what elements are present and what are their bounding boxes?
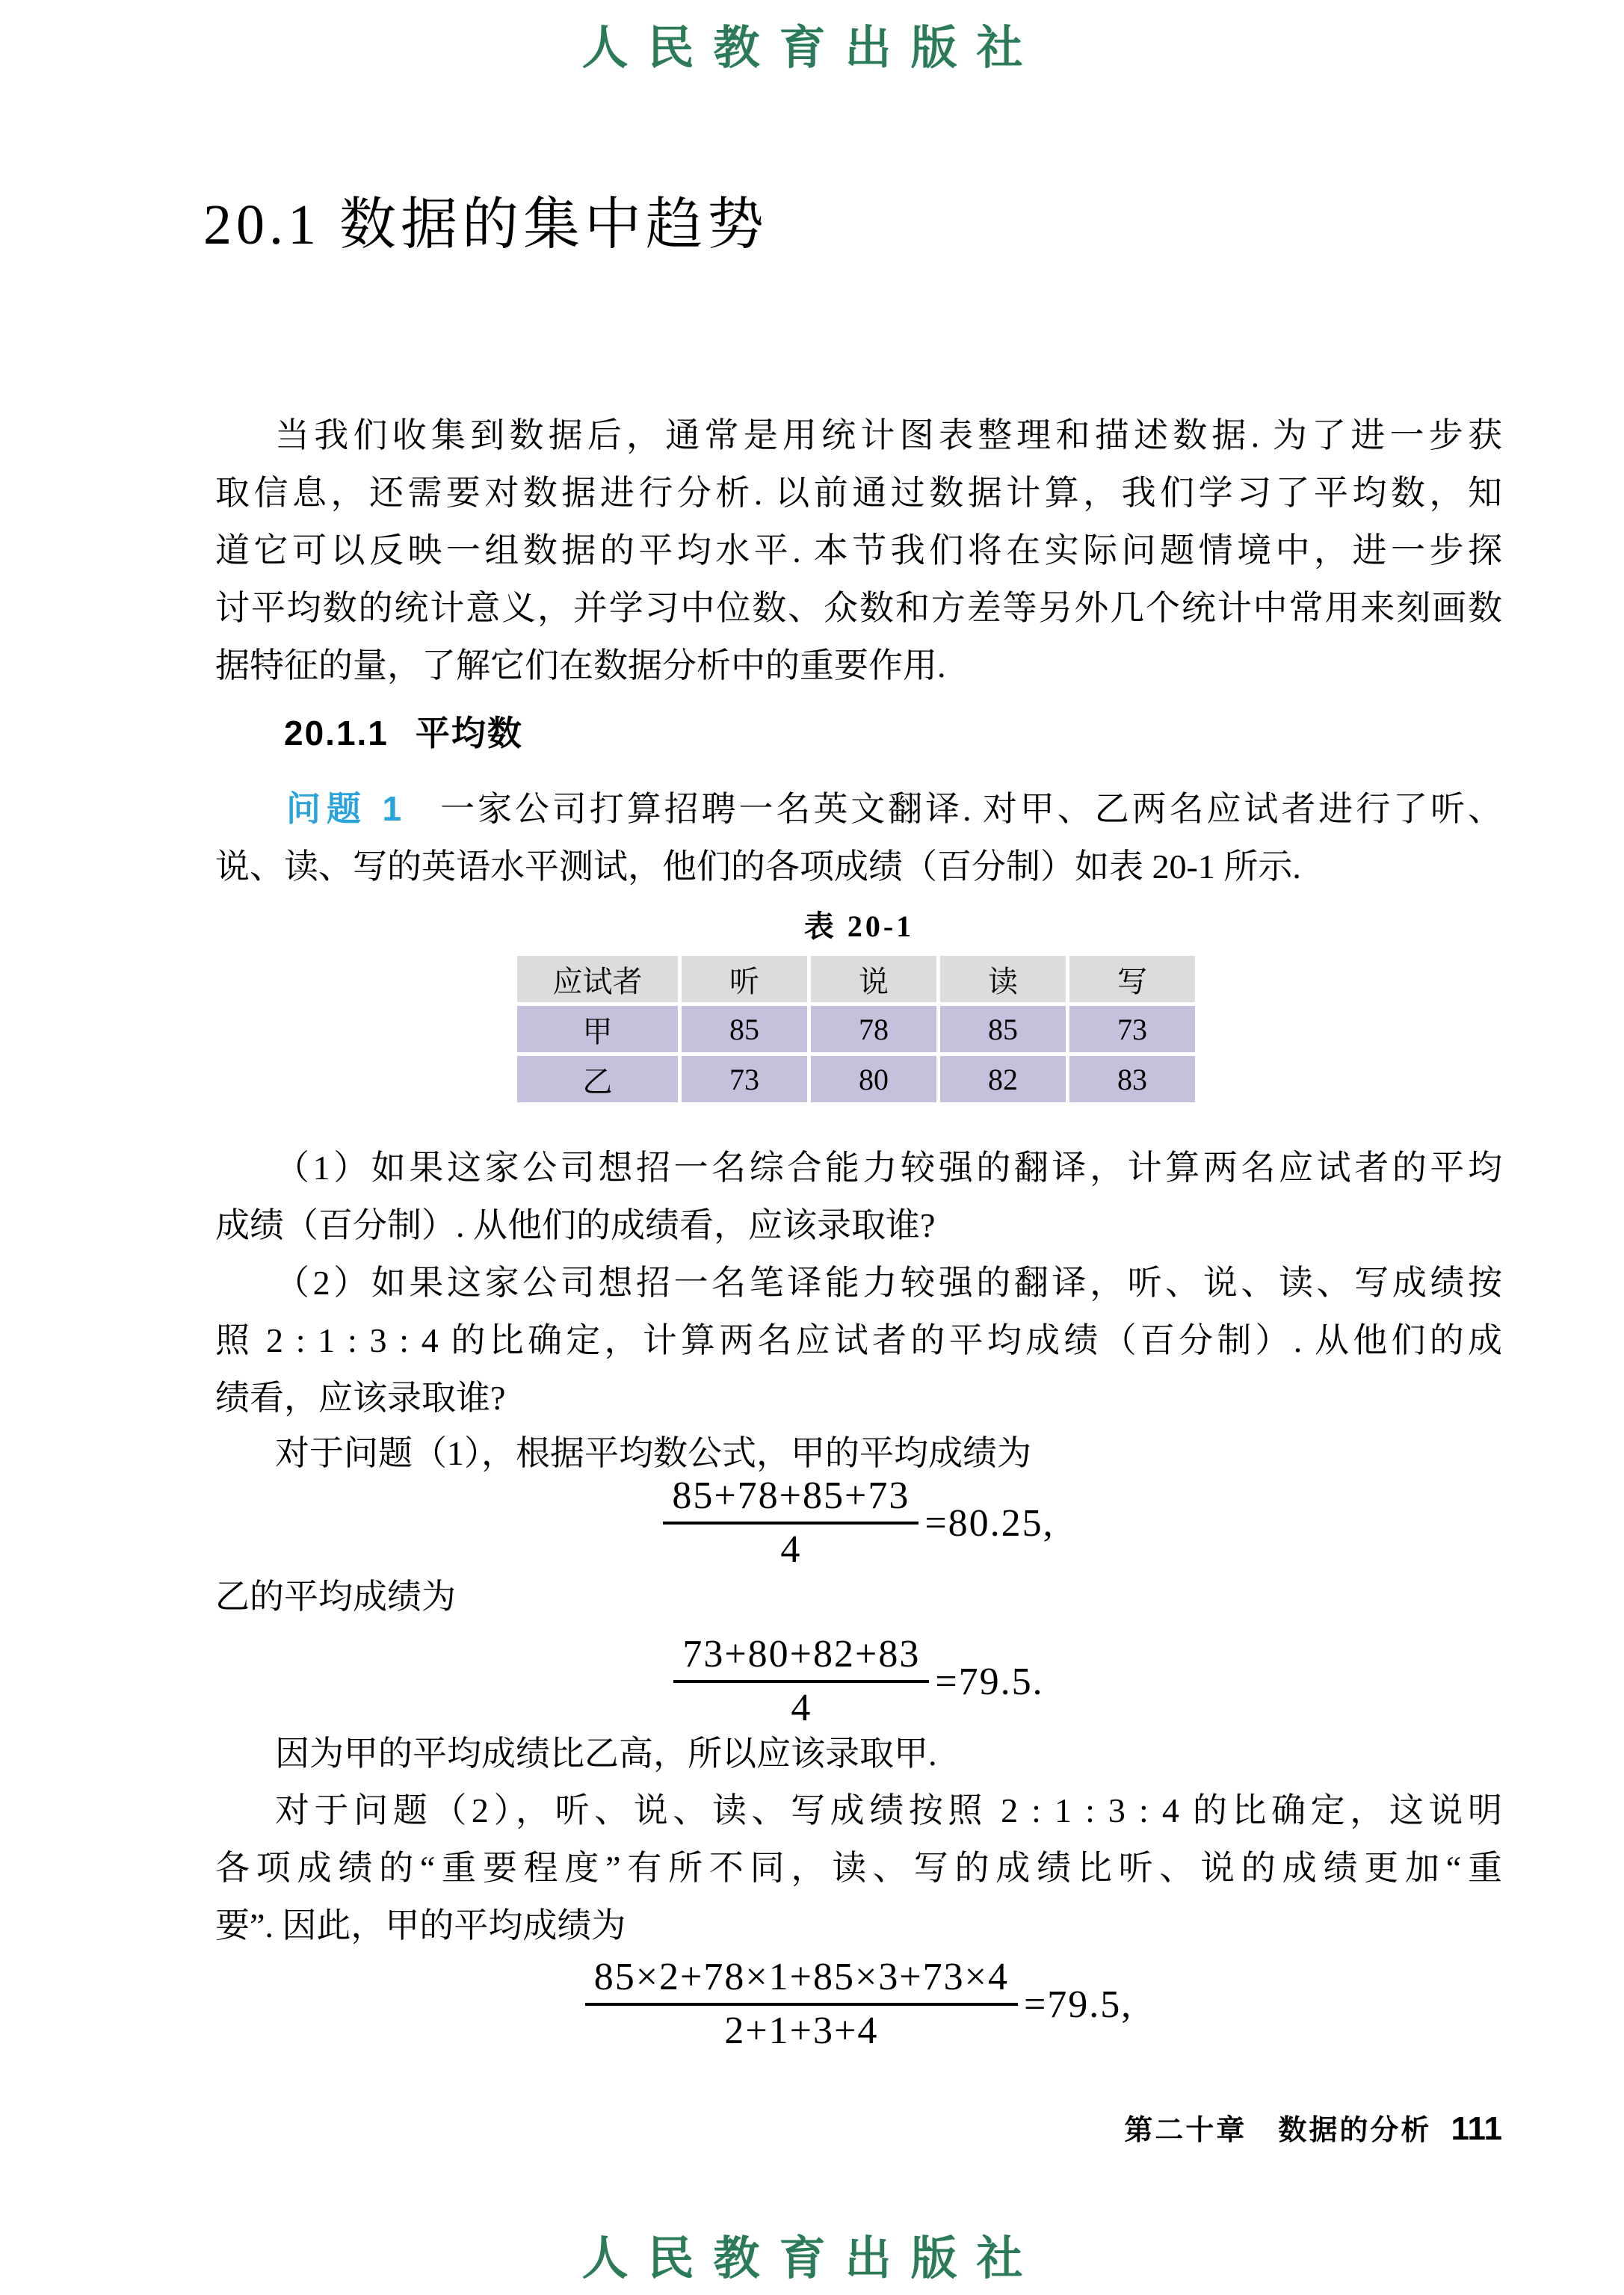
fraction-denominator: 4 (791, 1683, 812, 1731)
column-header: 应试者 (517, 956, 678, 1002)
question-1-line: （1）如果这家公司想招一名综合能力较强的翻译，计算两名应试者的平均 (215, 1139, 1502, 1196)
column-header: 读 (940, 956, 1066, 1002)
row-label: 甲 (517, 1006, 678, 1052)
subsection-number: 20.1.1 (284, 714, 389, 753)
footer-section: 数据的分析 (1278, 2115, 1431, 2146)
row-label: 乙 (517, 1056, 678, 1102)
question-1-line: 成绩（百分制）. 从他们的成绩看，应该录取谁? (215, 1196, 1502, 1254)
page-number: 111 (1451, 2110, 1502, 2147)
question-2-line: （2）如果这家公司想招一名笔译能力较强的翻译，听、说、读、写成绩按 (215, 1254, 1502, 1312)
fraction: 85+78+85+73 4 (663, 1474, 918, 1572)
formula-average-jia: 85+78+85+73 4 =80.25, (215, 1474, 1502, 1572)
problem-label: 问题 1 (286, 789, 404, 828)
textbook-page: 人民教育出版社 20.1 数据的集中趋势 当我们收集到数据后，通常是用统计图表整… (0, 0, 1624, 2295)
column-header: 听 (682, 956, 807, 1002)
intro-line: 取信息，还需要对数据进行分析. 以前通过数据计算，我们学习了平均数，知 (215, 464, 1502, 522)
fraction: 73+80+82+83 4 (673, 1632, 929, 1731)
score-cell: 73 (1069, 1006, 1195, 1052)
page-footer: 第二十章数据的分析111 (215, 2110, 1502, 2149)
footer-chapter: 第二十章 (1124, 2115, 1247, 2146)
fraction-numerator: 85+78+85+73 (663, 1474, 918, 1525)
scores-table: 应试者 听 说 读 写 甲 85 78 85 73 乙 73 80 82 83 (513, 952, 1199, 1106)
question-2-line: 照 2 : 1 : 3 : 4 的比确定，计算两名应试者的平均成绩（百分制）. … (215, 1312, 1502, 1369)
score-cell: 82 (940, 1056, 1066, 1102)
fraction-numerator: 85×2+78×1+85×3+73×4 (585, 1955, 1018, 2006)
formula-result: =79.5, (1024, 1983, 1132, 2027)
conclusion-line: 因为甲的平均成绩比乙高，所以应该录取甲. (215, 1725, 1502, 1782)
page-title: 20.1 数据的集中趋势 (203, 191, 768, 259)
intro-line: 当我们收集到数据后，通常是用统计图表整理和描述数据. 为了进一步获 (215, 407, 1502, 464)
problem-text: 一家公司打算招聘一名英文翻译. 对甲、乙两名应试者进行了听、 (437, 790, 1502, 828)
fraction-denominator: 4 (780, 1525, 801, 1572)
solution-middle-line: 乙的平均成绩为 (215, 1568, 1502, 1625)
solution-2-line: 各项成绩的“重要程度”有所不同，读、写的成绩比听、说的成绩更加“重 (215, 1839, 1502, 1897)
fraction: 85×2+78×1+85×3+73×4 2+1+3+4 (585, 1955, 1018, 2054)
solution-2-paragraph: 对于问题（2），听、说、读、写成绩按照 2 : 1 : 3 : 4 的比确定，这… (215, 1782, 1502, 1954)
question-2-line: 绩看，应该录取谁? (215, 1369, 1502, 1427)
problem-first-line: 问题 1一家公司打算招聘一名英文翻译. 对甲、乙两名应试者进行了听、 (215, 780, 1502, 838)
formula-average-yi: 73+80+82+83 4 =79.5. (215, 1632, 1502, 1731)
score-cell: 83 (1069, 1056, 1195, 1102)
table-row: 甲 85 78 85 73 (517, 1006, 1195, 1052)
fraction-numerator: 73+80+82+83 (673, 1632, 929, 1683)
solution-2-line: 要”. 因此，甲的平均成绩为 (215, 1897, 1502, 1954)
publisher-logo-bottom: 人民教育出版社 (0, 2221, 1624, 2288)
intro-line: 讨平均数的统计意义，并学习中位数、众数和方差等另外几个统计中常用来刻画数 (215, 579, 1502, 637)
subsection-heading: 20.1.1平均数 (284, 711, 523, 755)
fraction-denominator: 2+1+3+4 (724, 2006, 878, 2054)
publisher-logo-top: 人民教育出版社 (0, 10, 1624, 77)
solution-1-middle: 乙的平均成绩为 (215, 1568, 1502, 1625)
solution-1-conclusion: 因为甲的平均成绩比乙高，所以应该录取甲. (215, 1725, 1502, 1782)
problem-text-line: 说、读、写的英语水平测试，他们的各项成绩（百分制）如表 20-1 所示. (215, 838, 1502, 895)
question-2-paragraph: （2）如果这家公司想招一名笔译能力较强的翻译，听、说、读、写成绩按 照 2 : … (215, 1254, 1502, 1427)
table-caption: 表 20-1 (513, 909, 1205, 945)
question-1-paragraph: （1）如果这家公司想招一名综合能力较强的翻译，计算两名应试者的平均 成绩（百分制… (215, 1139, 1502, 1254)
score-cell: 85 (682, 1006, 807, 1052)
formula-result: =80.25, (924, 1501, 1054, 1545)
intro-paragraph: 当我们收集到数据后，通常是用统计图表整理和描述数据. 为了进一步获 取信息，还需… (215, 407, 1502, 694)
score-cell: 80 (811, 1056, 936, 1102)
intro-line: 道它可以反映一组数据的平均水平. 本节我们将在实际问题情境中，进一步探 (215, 522, 1502, 579)
formula-result: =79.5. (935, 1660, 1043, 1704)
column-header: 写 (1069, 956, 1195, 1002)
formula-weighted-average: 85×2+78×1+85×3+73×4 2+1+3+4 =79.5, (215, 1955, 1502, 2054)
problem-paragraph: 问题 1一家公司打算招聘一名英文翻译. 对甲、乙两名应试者进行了听、 说、读、写… (215, 780, 1502, 895)
score-cell: 78 (811, 1006, 936, 1052)
solution-2-line: 对于问题（2），听、说、读、写成绩按照 2 : 1 : 3 : 4 的比确定，这… (215, 1782, 1502, 1839)
table-row: 乙 73 80 82 83 (517, 1056, 1195, 1102)
score-cell: 85 (940, 1006, 1066, 1052)
intro-line: 据特征的量，了解它们在数据分析中的重要作用. (215, 637, 1502, 694)
column-header: 说 (811, 956, 936, 1002)
subsection-title: 平均数 (416, 714, 523, 753)
score-cell: 73 (682, 1056, 807, 1102)
table-header-row: 应试者 听 说 读 写 (517, 956, 1195, 1002)
